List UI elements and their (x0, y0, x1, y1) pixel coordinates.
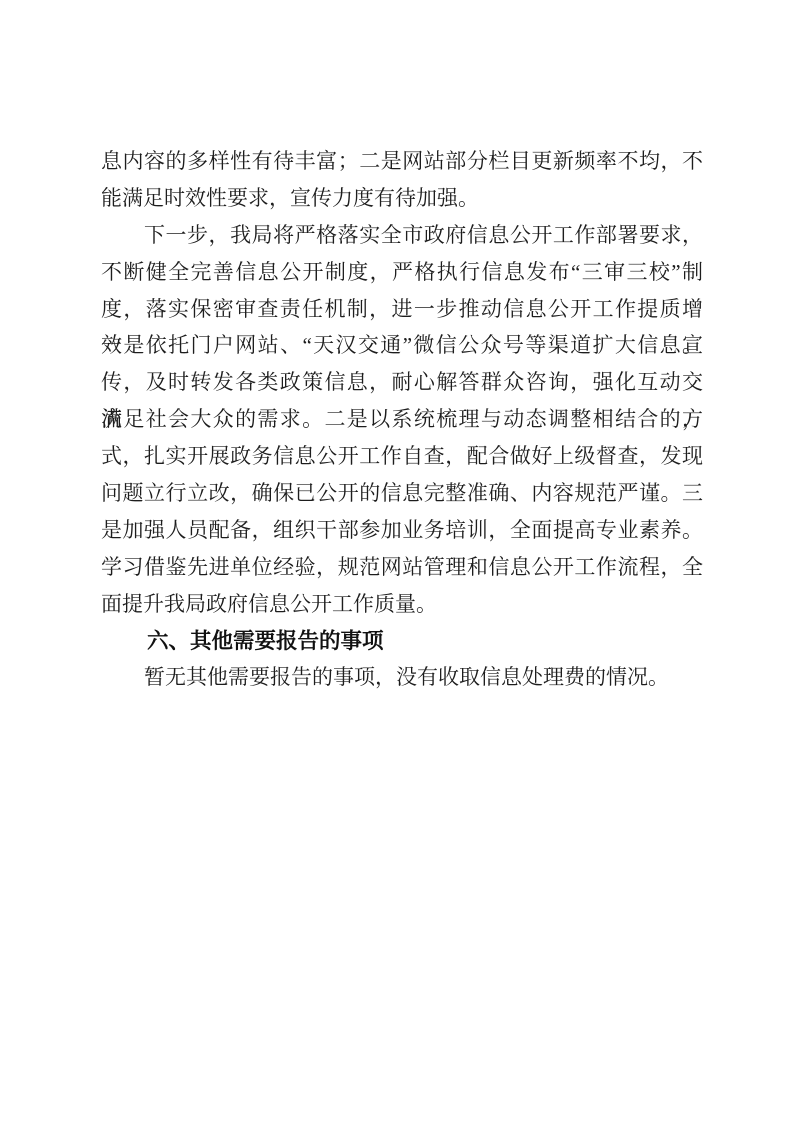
document-page: 息内容的多样性有待丰富；二是网站部分栏目更新频率不均，不能满足时效性要求，宣传力… (0, 0, 793, 1122)
document-line: 一是依托门户网站、“天汉交通”微信公众号等渠道扩大信息宣 (101, 327, 703, 364)
document-line: 传，及时转发各类政策信息，耐心解答群众咨询，强化互动交流， (101, 364, 703, 401)
document-line: 问题立行立改，确保已公开的信息完整准确、内容规范严谨。三 (101, 475, 703, 512)
document-line: 能满足时效性要求，宣传力度有待加强。 (101, 180, 703, 217)
document-line: 度，落实保密审查责任机制，进一步推动信息公开工作提质增效。 (101, 291, 703, 328)
document-line: 学习借鉴先进单位经验，规范网站管理和信息公开工作流程，全 (101, 549, 703, 586)
document-line: 息内容的多样性有待丰富；二是网站部分栏目更新频率不均，不 (101, 143, 703, 180)
document-line: 式，扎实开展政务信息公开工作自查，配合做好上级督查，发现 (101, 438, 703, 475)
section-heading: 六、其他需要报告的事项 (101, 623, 703, 660)
document-line: 下一步，我局将严格落实全市政府信息公开工作部署要求， (101, 217, 703, 254)
document-line: 面提升我局政府信息公开工作质量。 (101, 586, 703, 623)
document-lines: 息内容的多样性有待丰富；二是网站部分栏目更新频率不均，不能满足时效性要求，宣传力… (101, 143, 703, 696)
document-line: 不断健全完善信息公开制度，严格执行信息发布“三审三校”制 (101, 254, 703, 291)
document-line: 暂无其他需要报告的事项，没有收取信息处理费的情况。 (101, 659, 703, 696)
document-line: 是加强人员配备，组织干部参加业务培训，全面提高专业素养。 (101, 512, 703, 549)
document-line: 满足社会大众的需求。二是以系统梳理与动态调整相结合的方 (101, 401, 703, 438)
